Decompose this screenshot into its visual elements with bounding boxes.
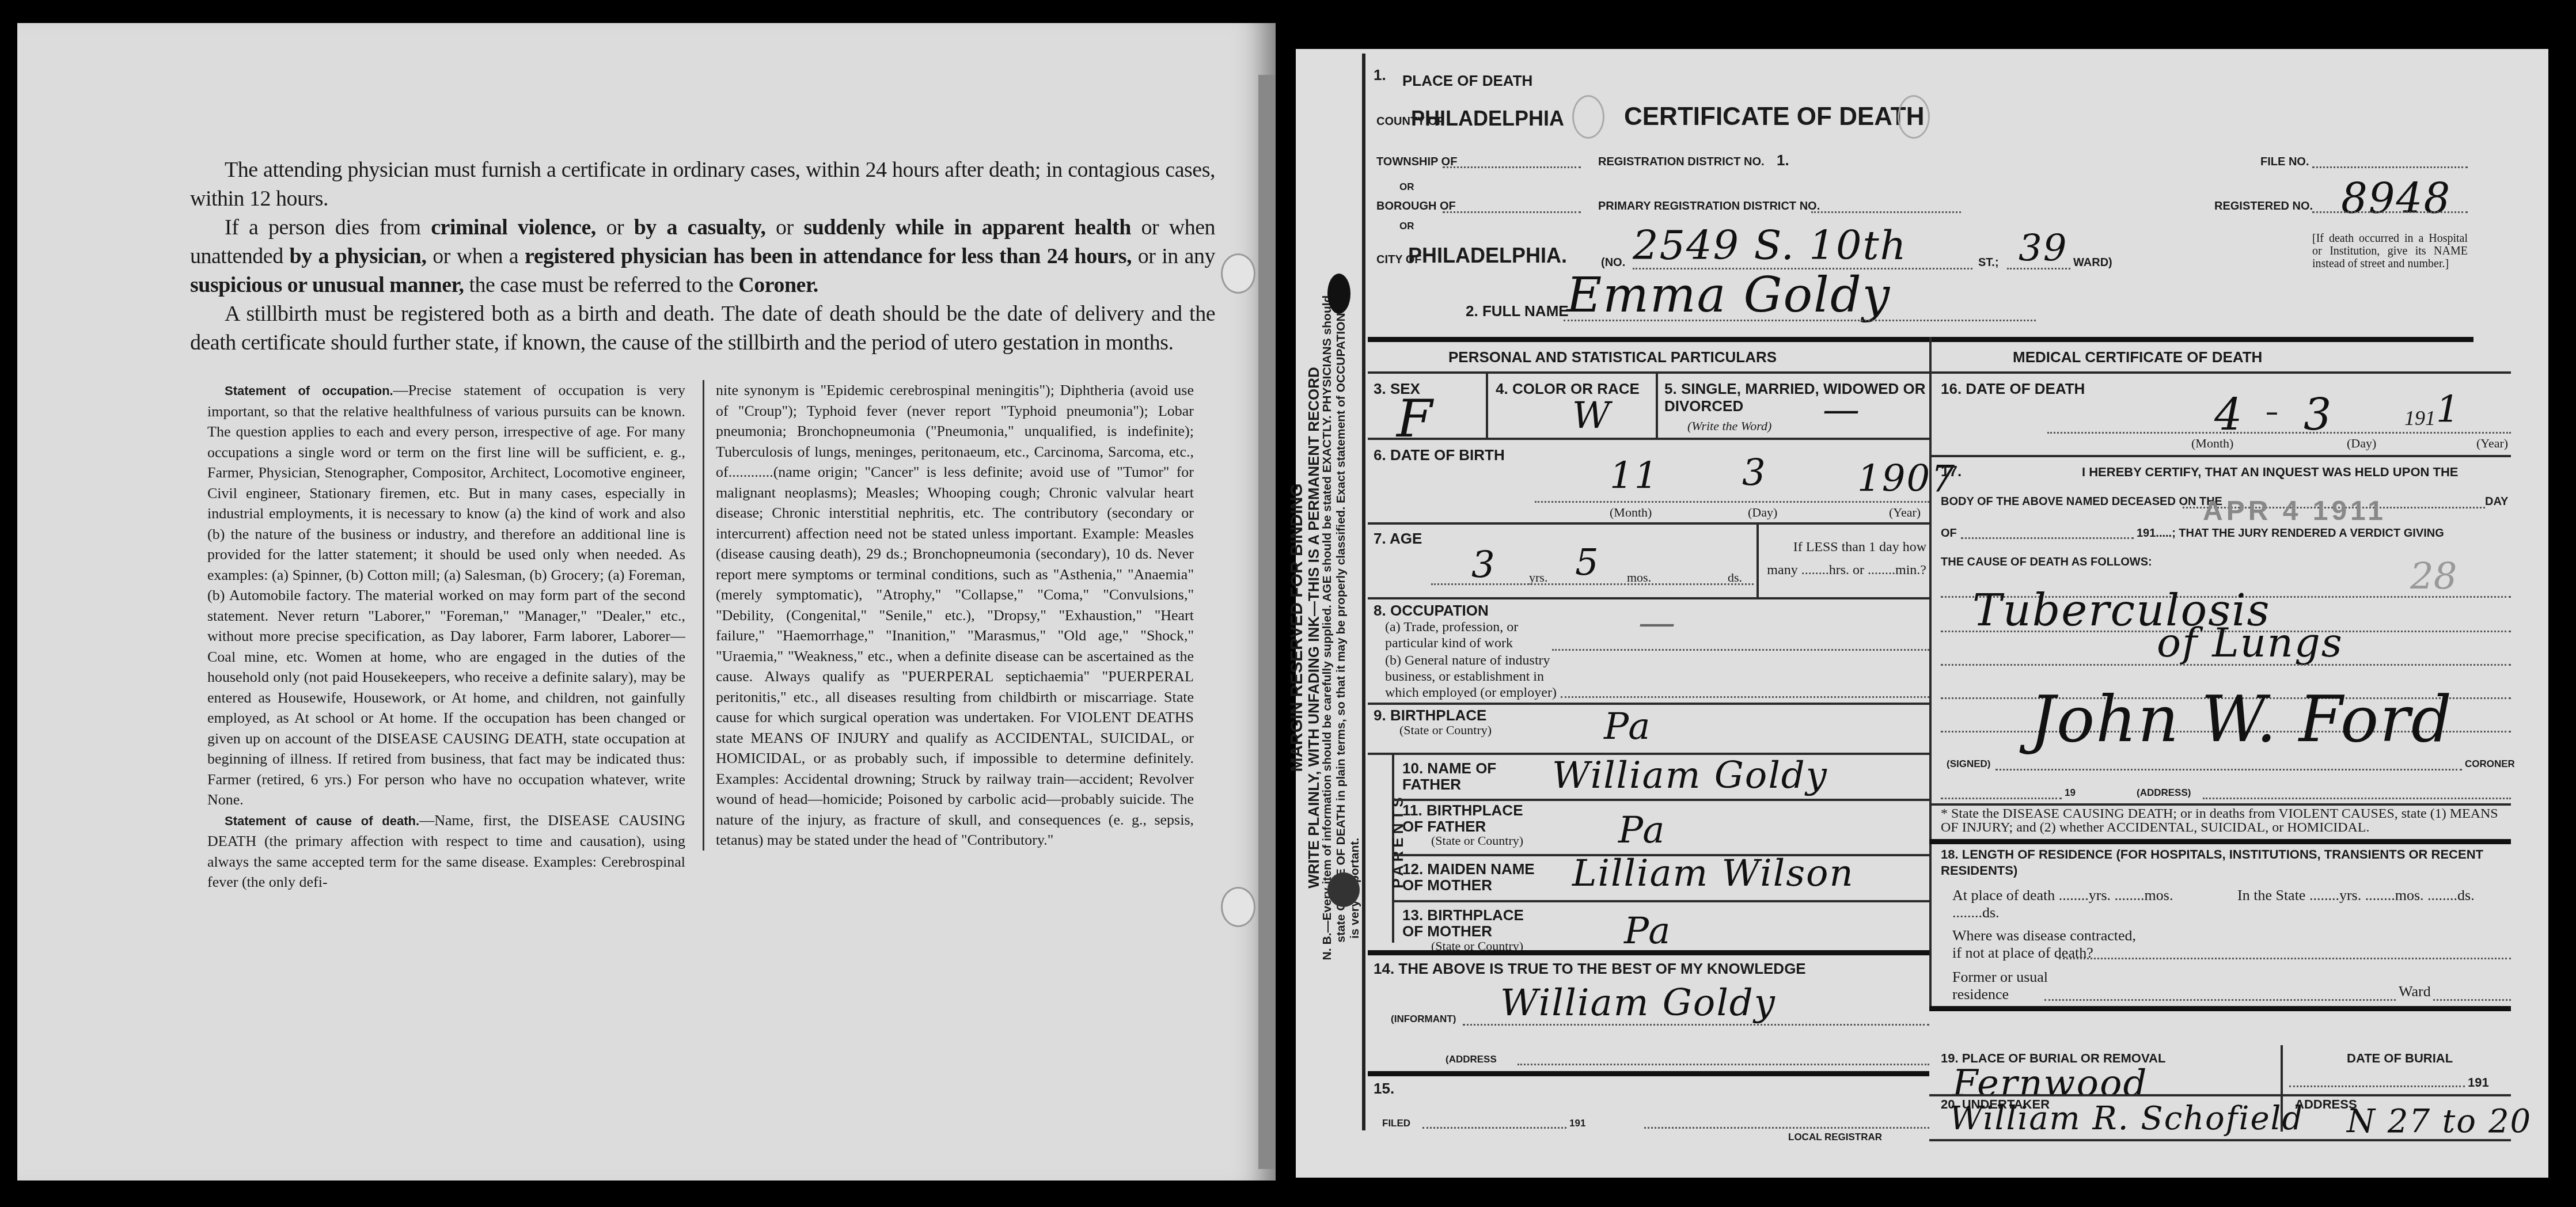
hospital-note: [If death occurred in a Hospital or Inst… — [2312, 232, 2468, 270]
margin-line-4: is very important. — [1348, 109, 1362, 1146]
day-hint: (Day) — [2347, 436, 2376, 451]
certify-line-3b: 191.....; THAT THE JURY RENDERED A VERDI… — [2137, 527, 2444, 540]
occupation-a-label: (a) Trade, profession, or particular kin… — [1385, 619, 1552, 651]
ink-blot — [1327, 872, 1360, 907]
father-birthplace-value: Pa — [1618, 809, 1666, 852]
primary-registration-label: PRIMARY REGISTRATION DISTRICT NO. — [1598, 200, 1820, 213]
residence-label: 18. LENGTH OF RESIDENCE (FOR HOSPITALS, … — [1941, 847, 2511, 879]
age-years: 3 — [1471, 544, 1496, 587]
certify-line-2: BODY OF THE ABOVE NAMED DECEASED ON THE — [1941, 495, 2222, 508]
undertaker-address-value: N 27 to 20 — [2347, 1103, 2532, 1140]
informant-value: William Goldy — [1500, 982, 1776, 1024]
knowledge-label: 14. THE ABOVE IS TRUE TO THE BEST OF MY … — [1374, 960, 1806, 978]
punch-hole — [1221, 253, 1255, 294]
intro-paragraph-1: The attending physician must furnish a c… — [190, 155, 1215, 213]
death-certificate: MARGIN RESERVED FOR BINDING WRITE PLAINL… — [1296, 49, 2548, 1178]
mother-name-label: 12. MAIDEN NAME OF MOTHER — [1402, 861, 1535, 893]
city-value: PHILADELPHIA. — [1408, 244, 1567, 268]
day-hint: (Day) — [1748, 505, 1777, 520]
county-value: PHILADELPHIA — [1411, 107, 1564, 131]
margin-title: MARGIN RESERVED FOR BINDING — [1287, 109, 1307, 1146]
punch-hole — [1898, 95, 1930, 139]
ward-value: 39 — [2019, 227, 2067, 270]
former-residence: Former or usual residence — [1952, 969, 2091, 1003]
age-label: 7. AGE — [1374, 530, 1422, 548]
or-label: OR — [1399, 221, 1414, 232]
binding-margin: MARGIN RESERVED FOR BINDING WRITE PLAINL… — [1296, 49, 1362, 1178]
full-name-value: Emma Goldy — [1566, 267, 1891, 323]
year-hint: (Year) — [2476, 436, 2508, 451]
certificate-form: 1. PLACE OF DEATH COUNTY OF PHILADELPHIA… — [1368, 49, 2531, 1132]
in-the-state: In the State ........yrs. ........mos. .… — [2237, 887, 2508, 904]
certify-line-3a: OF — [1941, 527, 1957, 540]
date-of-death-label: 16. DATE OF DEATH — [1941, 380, 2085, 398]
age-months: 5 — [1575, 541, 1600, 584]
certify-number: 17. — [1941, 462, 1962, 480]
dob-month: 11 — [1610, 455, 1659, 498]
mother-name-value: Lilliam Wilson — [1572, 852, 1854, 895]
birthplace-label: 9. BIRTHPLACE — [1374, 707, 1486, 724]
occupation-label: 8. OCCUPATION — [1374, 602, 1489, 620]
sex-value: F — [1397, 389, 1433, 449]
registration-district-label: REGISTRATION DISTRICT NO. — [1598, 155, 1765, 169]
registered-no-value: 8948 — [2341, 174, 2451, 223]
or-label: OR — [1399, 181, 1414, 193]
coroner-address-label: (ADDRESS) — [2137, 787, 2191, 799]
undertaker-value: William R. Schofield — [1949, 1100, 2304, 1137]
file-no-label: FILE NO. — [2260, 155, 2309, 169]
at-place-of-death: At place of death ........yrs. ........m… — [1952, 887, 2217, 921]
occupation-text: —Precise statement of occupation is very… — [207, 382, 685, 808]
year-hint: (Year) — [1889, 505, 1921, 520]
dod-year-suffix: 1 — [2436, 389, 2461, 431]
birthplace-value: Pa — [1604, 705, 1651, 748]
race-value: W — [1572, 394, 1611, 437]
cause-of-death-line-2: of Lungs — [2157, 619, 2343, 666]
mother-birthplace-value: Pa — [1624, 910, 1671, 952]
filed-number: 15. — [1374, 1080, 1394, 1098]
page-shadow — [1258, 75, 1276, 1169]
personal-heading: PERSONAL AND STATISTICAL PARTICULARS — [1448, 348, 1777, 366]
month-hint: (Month) — [2191, 436, 2233, 451]
occupation-heading: Statement of occupation. — [225, 384, 393, 398]
informant-label: (INFORMANT) — [1391, 1014, 1456, 1025]
month-hint: (Month) — [1610, 505, 1652, 520]
informant-address-label: (ADDRESS — [1446, 1054, 1497, 1065]
dob-day: 3 — [1742, 452, 1767, 495]
state-country-hint: (State or Country) — [1431, 833, 1523, 848]
ward-label: WARD) — [2073, 256, 2112, 270]
cause-column: nite synonym is "Epidemic cerebrospinal … — [703, 380, 1194, 851]
disease-footnote: * State the DISEASE CAUSING DEATH; or in… — [1941, 807, 2511, 834]
margin-rule — [1362, 54, 1365, 1130]
margin-line-2: N. B.—Every item of information should b… — [1321, 109, 1334, 1146]
intro-paragraph-2: If a person dies from criminal violence,… — [190, 213, 1215, 299]
marital-label: 5. SINGLE, MARRIED, WIDOWED OR DIVORCED — [1664, 380, 1929, 415]
section-1-number: 1. — [1374, 66, 1386, 84]
dod-year-prefix: 191 — [2404, 406, 2435, 430]
race-label: 4. COLOR OR RACE — [1496, 380, 1640, 398]
street-label: ST.; — [1978, 256, 1999, 270]
father-name-value: William Goldy — [1552, 754, 1828, 797]
coroner-signature: John W. Ford — [2030, 682, 2453, 756]
dob-label: 6. DATE OF BIRTH — [1374, 446, 1505, 464]
ink-blot — [1327, 274, 1350, 314]
punch-hole — [1572, 95, 1604, 139]
marital-value: — — [1823, 389, 1861, 431]
medical-heading: MEDICAL CERTIFICATE OF DEATH — [2013, 348, 2262, 366]
state-country-hint: (State or Country) — [1399, 723, 1492, 738]
intro-paragraph-3: A stillbirth must be registered both as … — [190, 299, 1215, 357]
punch-hole — [1221, 887, 1255, 927]
street-address-value: 2549 S. 10th — [1633, 222, 1907, 269]
certify-line-1: I HEREBY CERTIFY, THAT AN INQUEST WAS HE… — [2082, 465, 2459, 480]
disease-contracted: Where was disease contracted, if not at … — [1952, 927, 2137, 962]
occupation-a-value: — — [1638, 602, 1676, 644]
ward-label: Ward — [2399, 983, 2431, 1000]
father-birthplace-label: 11. BIRTHPLACE OF FATHER — [1402, 802, 1529, 834]
occupation-b-label: (b) General nature of industry business,… — [1385, 652, 1558, 701]
intro-instructions: The attending physician must furnish a c… — [190, 155, 1215, 357]
date-19-label: 19 — [2065, 787, 2076, 799]
full-name-label: 2. FULL NAME — [1466, 302, 1569, 320]
pencil-annotation: 28 — [2410, 556, 2457, 598]
date-separator: – — [2266, 400, 2278, 424]
father-name-label: 10. NAME OF FATHER — [1402, 760, 1500, 792]
write-word-hint: (Write the Word) — [1687, 419, 1771, 434]
filed-label: FILED — [1382, 1118, 1410, 1129]
instructions-page: The attending physician must furnish a c… — [17, 23, 1276, 1181]
coroner-label: CORONER — [2465, 758, 2515, 770]
place-of-death-label: PLACE OF DEATH — [1402, 72, 1532, 90]
burial-year: 191 — [2468, 1075, 2489, 1090]
certify-day-label: DAY — [2485, 495, 2508, 508]
cause-text-2: nite synonym is "Epidemic cerebrospinal … — [716, 380, 1194, 851]
margin-line-1: WRITE PLAINLY, WITH UNFADING INK—THIS IS… — [1307, 109, 1321, 1146]
registration-district-value: 1. — [1777, 151, 1789, 169]
certificate-title: CERTIFICATE OF DEATH — [1624, 103, 1924, 131]
certify-line-4: THE CAUSE OF DEATH AS FOLLOWS: — [1941, 556, 2152, 569]
margin-line-3: state CAUSE OF DEATH in plain terms, so … — [1334, 109, 1348, 1146]
signed-label: (SIGNED) — [1947, 758, 1991, 770]
received-date-stamp: APR 4 1911 — [2203, 495, 2387, 527]
cause-heading: Statement of cause of death. — [225, 814, 419, 828]
burial-date-label: DATE OF BURIAL — [2347, 1051, 2453, 1066]
occupation-column: Statement of occupation.—Precise stateme… — [207, 380, 685, 893]
filed-year: 191 — [1569, 1118, 1585, 1129]
less-than-day: If LESS than 1 day how many ........hrs.… — [1765, 536, 1926, 582]
local-registrar-label: LOCAL REGISTRAR — [1788, 1132, 1882, 1143]
mother-birthplace-label: 13. BIRTHPLACE OF MOTHER — [1402, 907, 1529, 939]
registered-no-label: REGISTERED NO. — [2214, 200, 2313, 213]
